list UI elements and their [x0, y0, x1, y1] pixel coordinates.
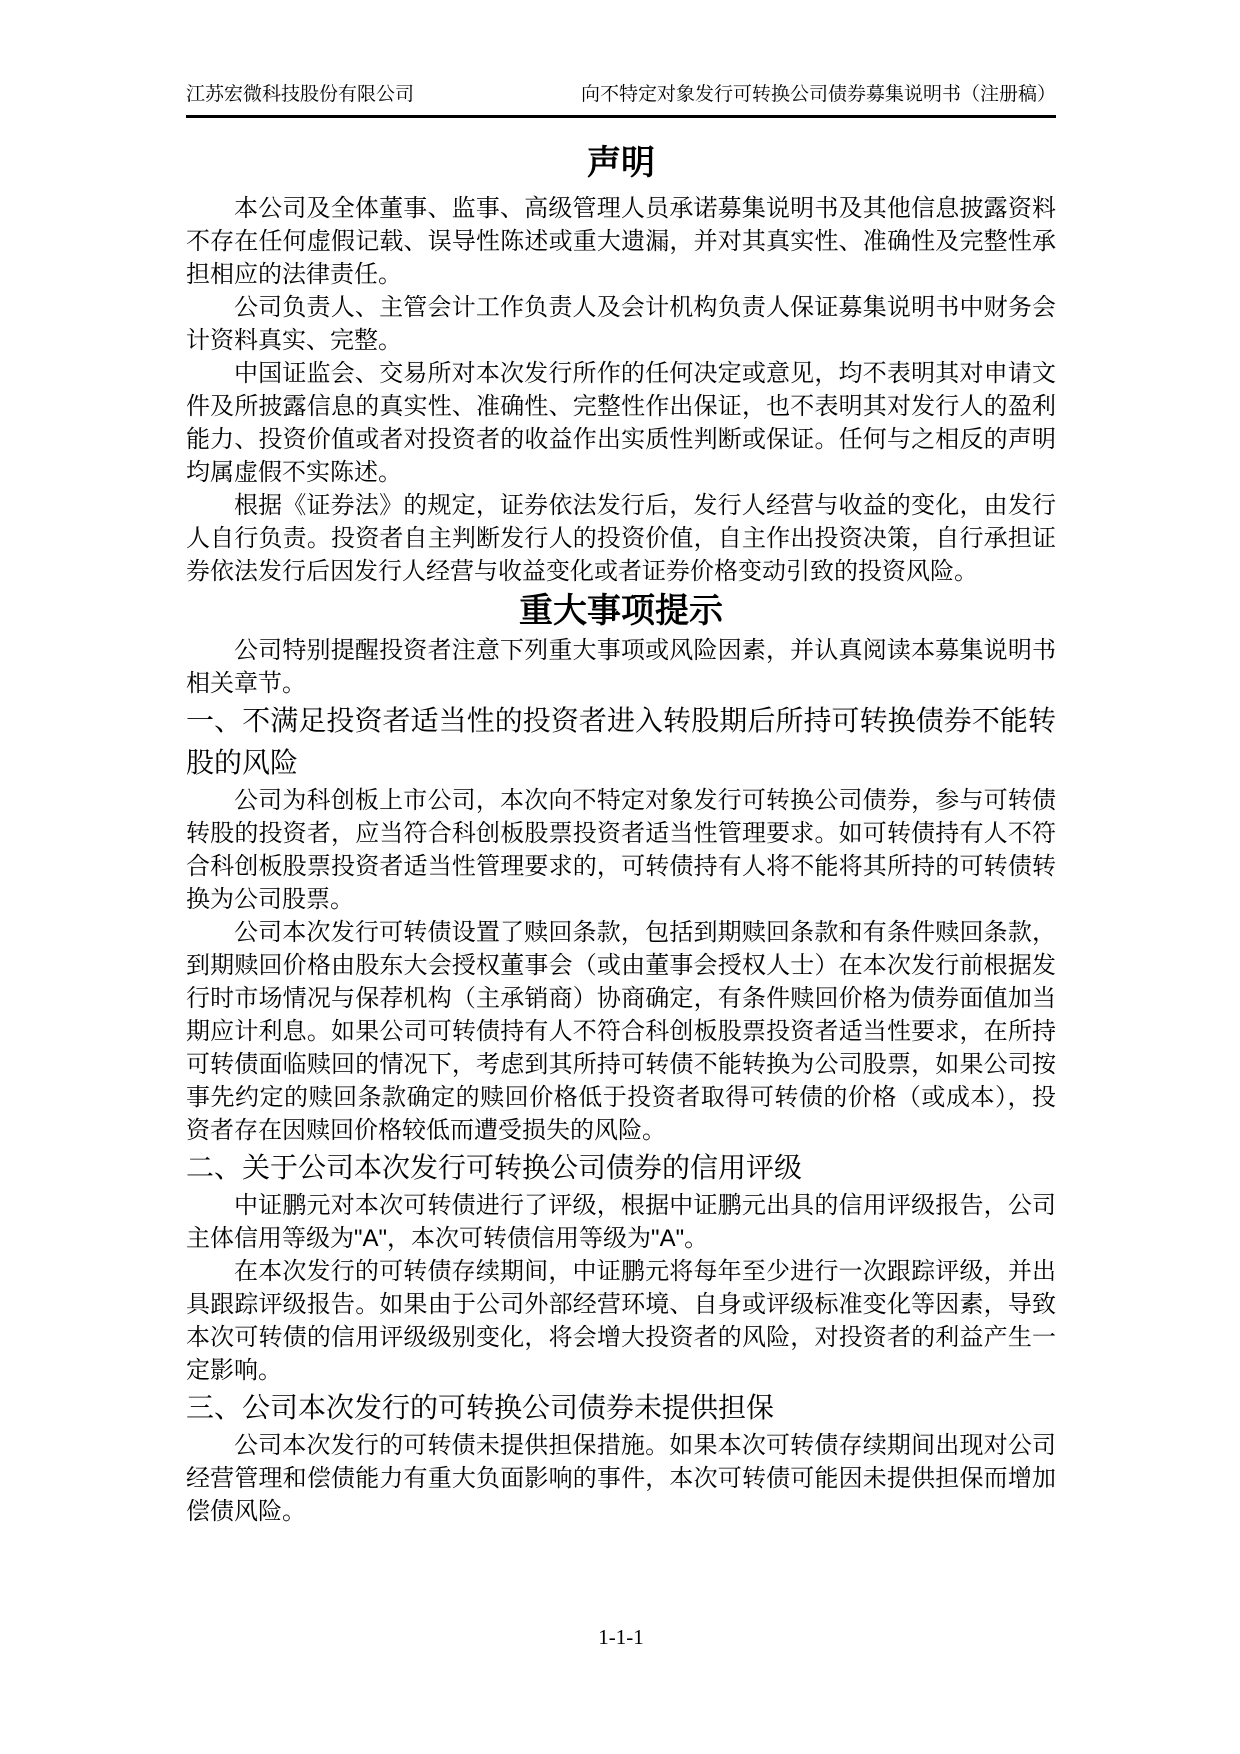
- section-1-paragraph-1: 公司为科创板上市公司，本次向不特定对象发行可转换公司债券，参与可转债转股的投资者…: [186, 784, 1056, 916]
- declaration-title: 声明: [186, 142, 1056, 184]
- section-1-heading: 一、不满足投资者适当性的投资者进入转股期后所持可转换债券不能转股的风险: [186, 700, 1056, 784]
- header-company-name: 江苏宏微科技股份有限公司: [186, 82, 414, 108]
- prospectus-page: 江苏宏微科技股份有限公司 向不特定对象发行可转换公司债券募集说明书（注册稿） 声…: [0, 0, 1240, 1754]
- section-2-heading: 二、关于公司本次发行可转换公司债券的信用评级: [186, 1147, 1056, 1189]
- declaration-paragraph-2: 公司负责人、主管会计工作负责人及会计机构负责人保证募集说明书中财务会计资料真实、…: [186, 291, 1056, 357]
- declaration-paragraph-1: 本公司及全体董事、监事、高级管理人员承诺募集说明书及其他信息披露资料不存在任何虚…: [186, 192, 1056, 291]
- page-content: 江苏宏微科技股份有限公司 向不特定对象发行可转换公司债券募集说明书（注册稿） 声…: [186, 82, 1056, 1528]
- section-3-paragraph-1: 公司本次发行的可转债未提供担保措施。如果本次可转债存续期间出现对公司经营管理和偿…: [186, 1429, 1056, 1528]
- section-1-paragraph-2: 公司本次发行可转债设置了赎回条款，包括到期赎回条款和有条件赎回条款，到期赎回价格…: [186, 916, 1056, 1147]
- section-3-heading: 三、公司本次发行的可转换公司债券未提供担保: [186, 1387, 1056, 1429]
- section-2-paragraph-1: 中证鹏元对本次可转债进行了评级，根据中证鹏元出具的信用评级报告，公司主体信用等级…: [186, 1189, 1056, 1255]
- section-2-paragraph-2: 在本次发行的可转债存续期间，中证鹏元将每年至少进行一次跟踪评级，并出具跟踪评级报…: [186, 1255, 1056, 1387]
- page-header: 江苏宏微科技股份有限公司 向不特定对象发行可转换公司债券募集说明书（注册稿）: [186, 82, 1056, 118]
- major-items-intro: 公司特别提醒投资者注意下列重大事项或风险因素，并认真阅读本募集说明书相关章节。: [186, 634, 1056, 700]
- major-items-title: 重大事项提示: [186, 590, 1056, 632]
- declaration-paragraph-4: 根据《证券法》的规定，证券依法发行后，发行人经营与收益的变化，由发行人自行负责。…: [186, 489, 1056, 588]
- header-document-title: 向不特定对象发行可转换公司债券募集说明书（注册稿）: [581, 82, 1056, 108]
- page-number: 1-1-1: [186, 1625, 1056, 1650]
- declaration-paragraph-3: 中国证监会、交易所对本次发行所作的任何决定或意见，均不表明其对申请文件及所披露信…: [186, 357, 1056, 489]
